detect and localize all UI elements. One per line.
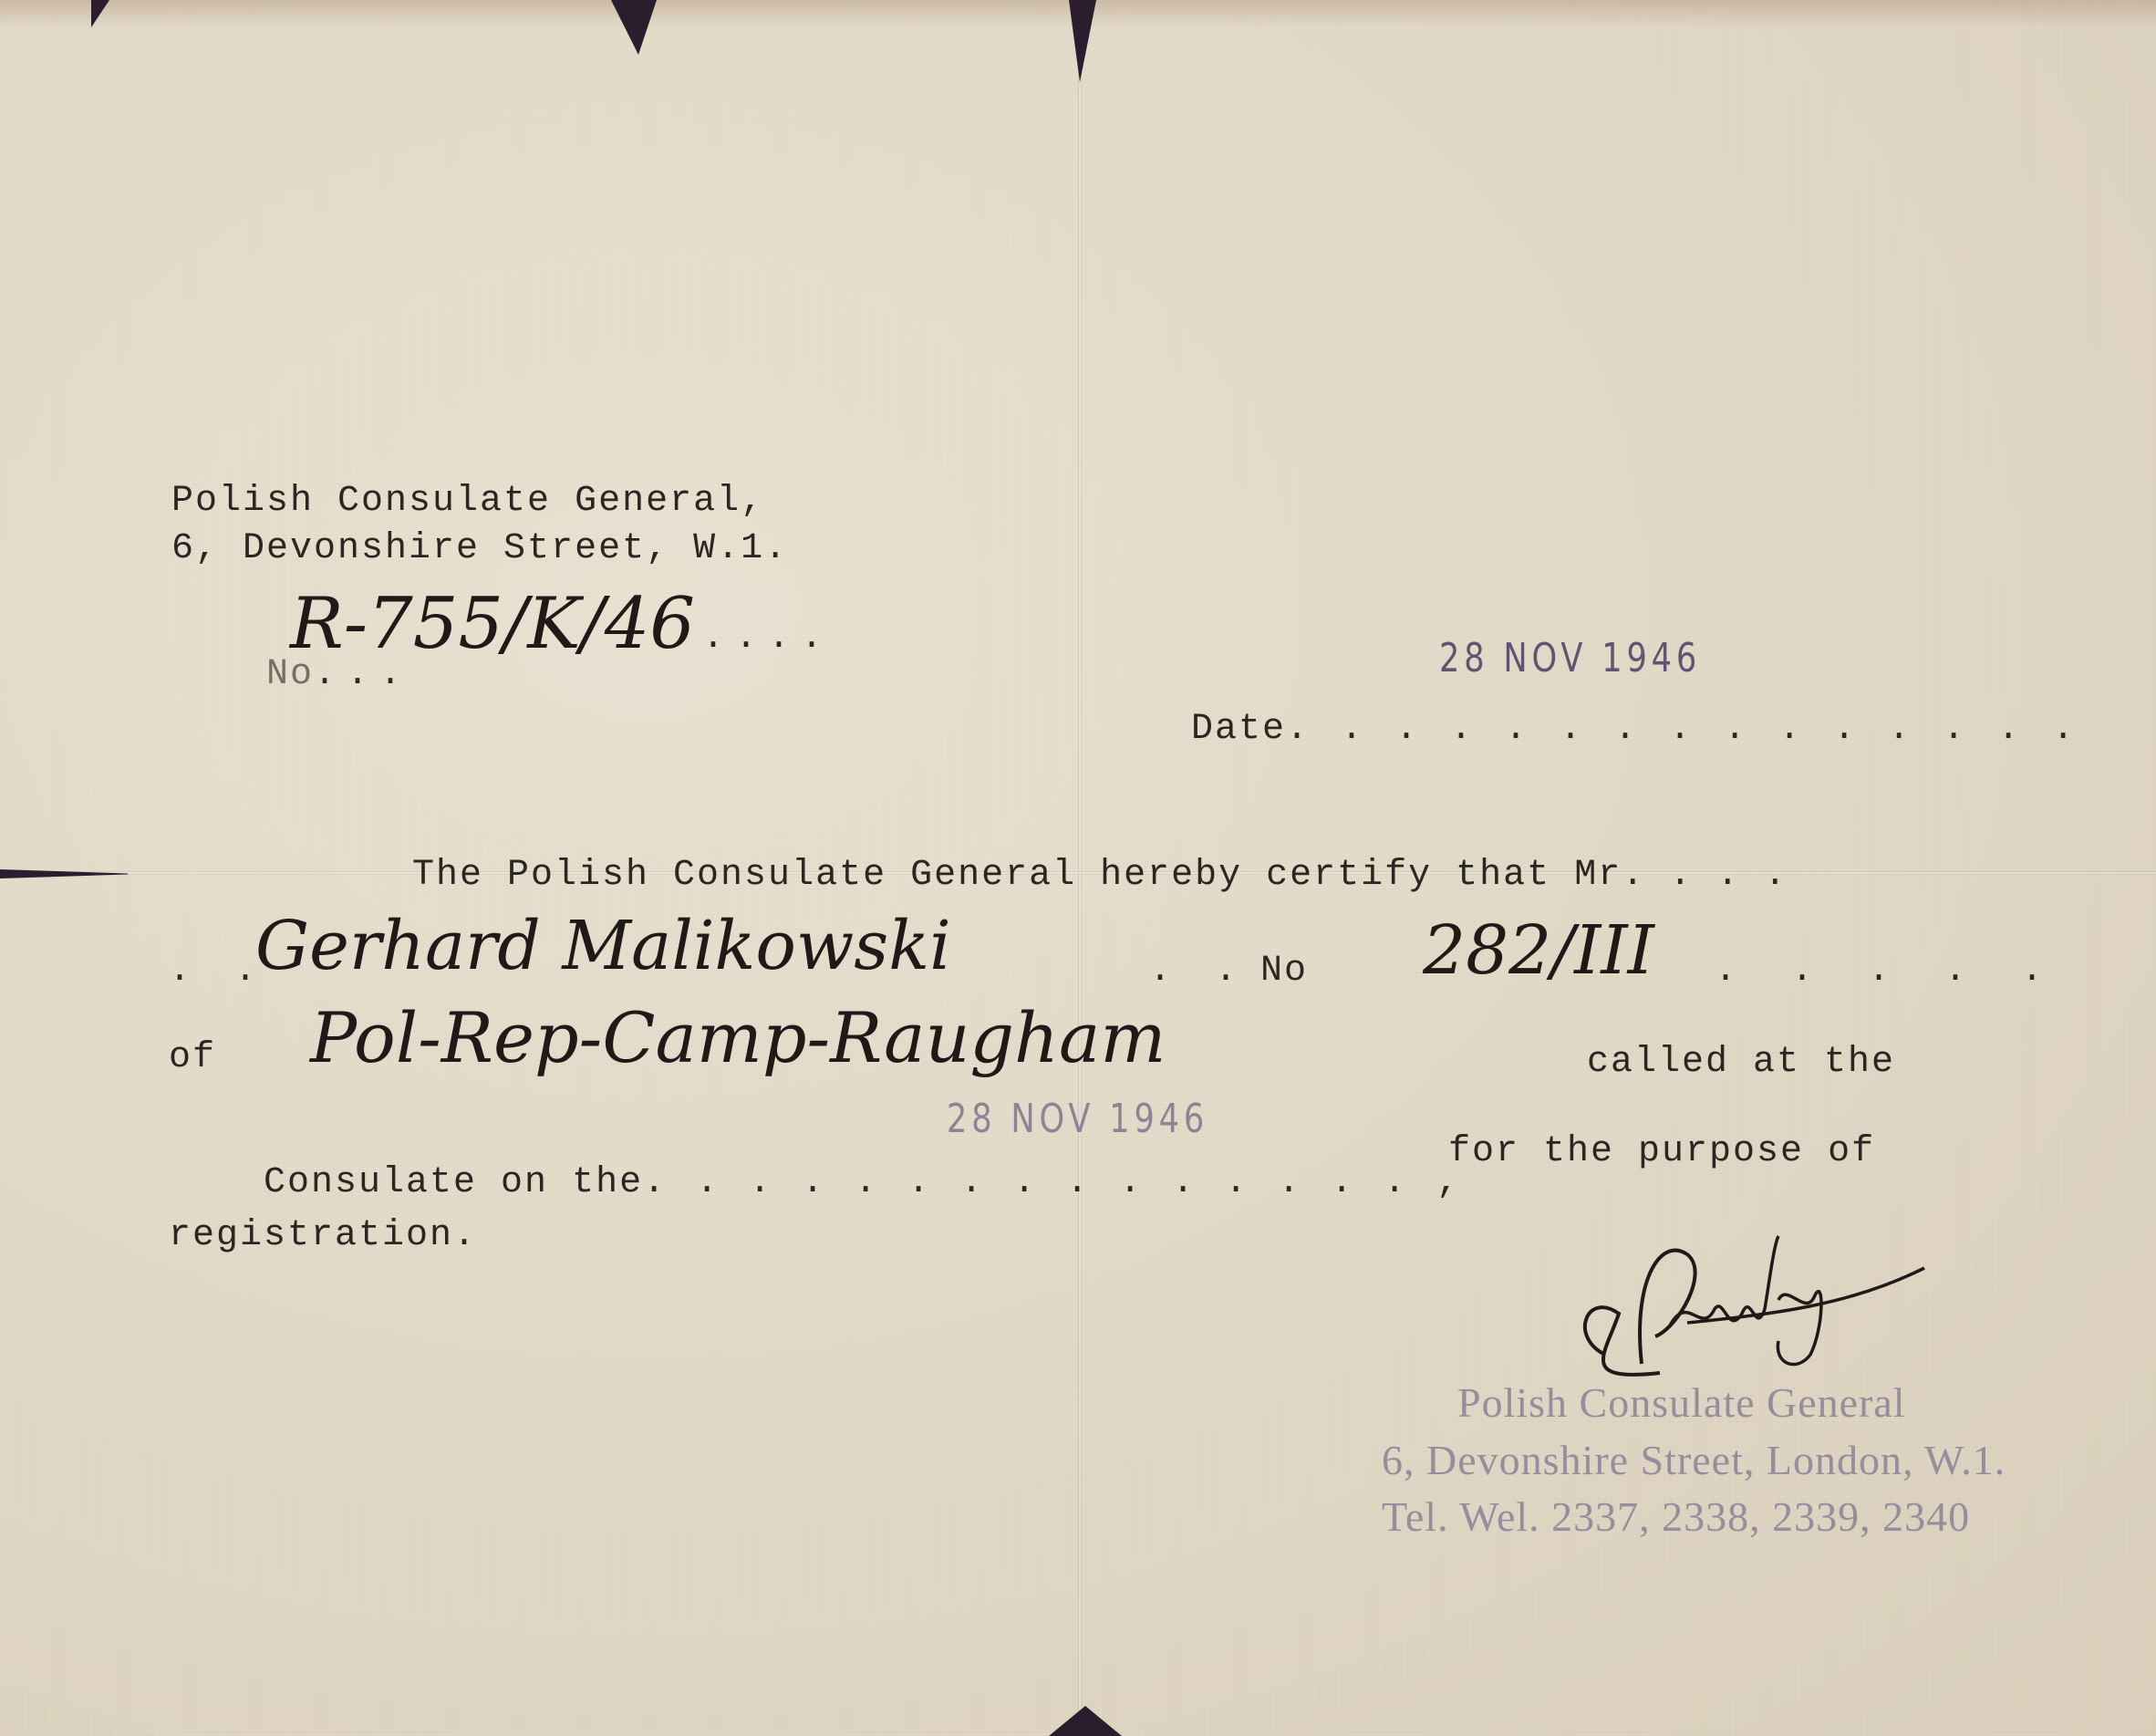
- bottom-edge-tear: [1049, 1706, 1122, 1736]
- called-at-text: called at the: [1587, 1045, 1895, 1081]
- header-line-1: Polish Consulate General,: [171, 483, 764, 520]
- number-suffix-dots: . . . . .: [1715, 953, 2059, 990]
- top-edge-tear: [611, 0, 657, 55]
- number-label: No: [1260, 953, 1308, 990]
- camp-number-handwritten: 282/III: [1423, 917, 1654, 984]
- date-row: Date...............: [1096, 675, 2107, 785]
- date-label: Date: [1191, 709, 1286, 750]
- person-name-handwritten: Gerhard Malikowski: [255, 912, 951, 980]
- registration-text: registration.: [169, 1218, 477, 1254]
- header-line-2: 6, Devonshire Street, W.1.: [171, 531, 788, 567]
- name-prefix-dots: . .: [169, 953, 267, 990]
- consulate-on-label: Consulate on the: [264, 1162, 643, 1203]
- signature-scrawl: [1550, 1227, 1952, 1400]
- purpose-text: for the purpose of: [1448, 1134, 1875, 1170]
- of-label: of: [169, 1040, 216, 1076]
- name-suffix-dots: . .: [1149, 953, 1248, 990]
- top-edge-tear: [1069, 0, 1096, 82]
- document-page: Polish Consulate General, 6, Devonshire …: [0, 0, 2156, 1736]
- consulate-on-dots: ...............,: [643, 1162, 1489, 1203]
- date-stamp: 28 NOV 1946: [1439, 639, 1701, 679]
- date-dots: ...............: [1286, 709, 2107, 750]
- address-stamp-line-2: 6, Devonshire Street, London, W.1.: [1382, 1440, 2006, 1481]
- reference-number-handwritten: R-755/K/46: [290, 588, 695, 660]
- reference-dots-trailing: ....: [702, 620, 834, 657]
- address-stamp-line-3: Tel. Wel. 2337, 2338, 2339, 2340: [1382, 1496, 1970, 1538]
- address-stamp-line-1: Polish Consulate General: [1457, 1382, 1906, 1424]
- visit-date-stamp: 28 NOV 1946: [947, 1099, 1208, 1139]
- certify-line: The Polish Consulate General hereby cert…: [412, 858, 1788, 894]
- camp-name-handwritten: Pol-Rep-Camp-Raugham: [310, 1003, 1166, 1073]
